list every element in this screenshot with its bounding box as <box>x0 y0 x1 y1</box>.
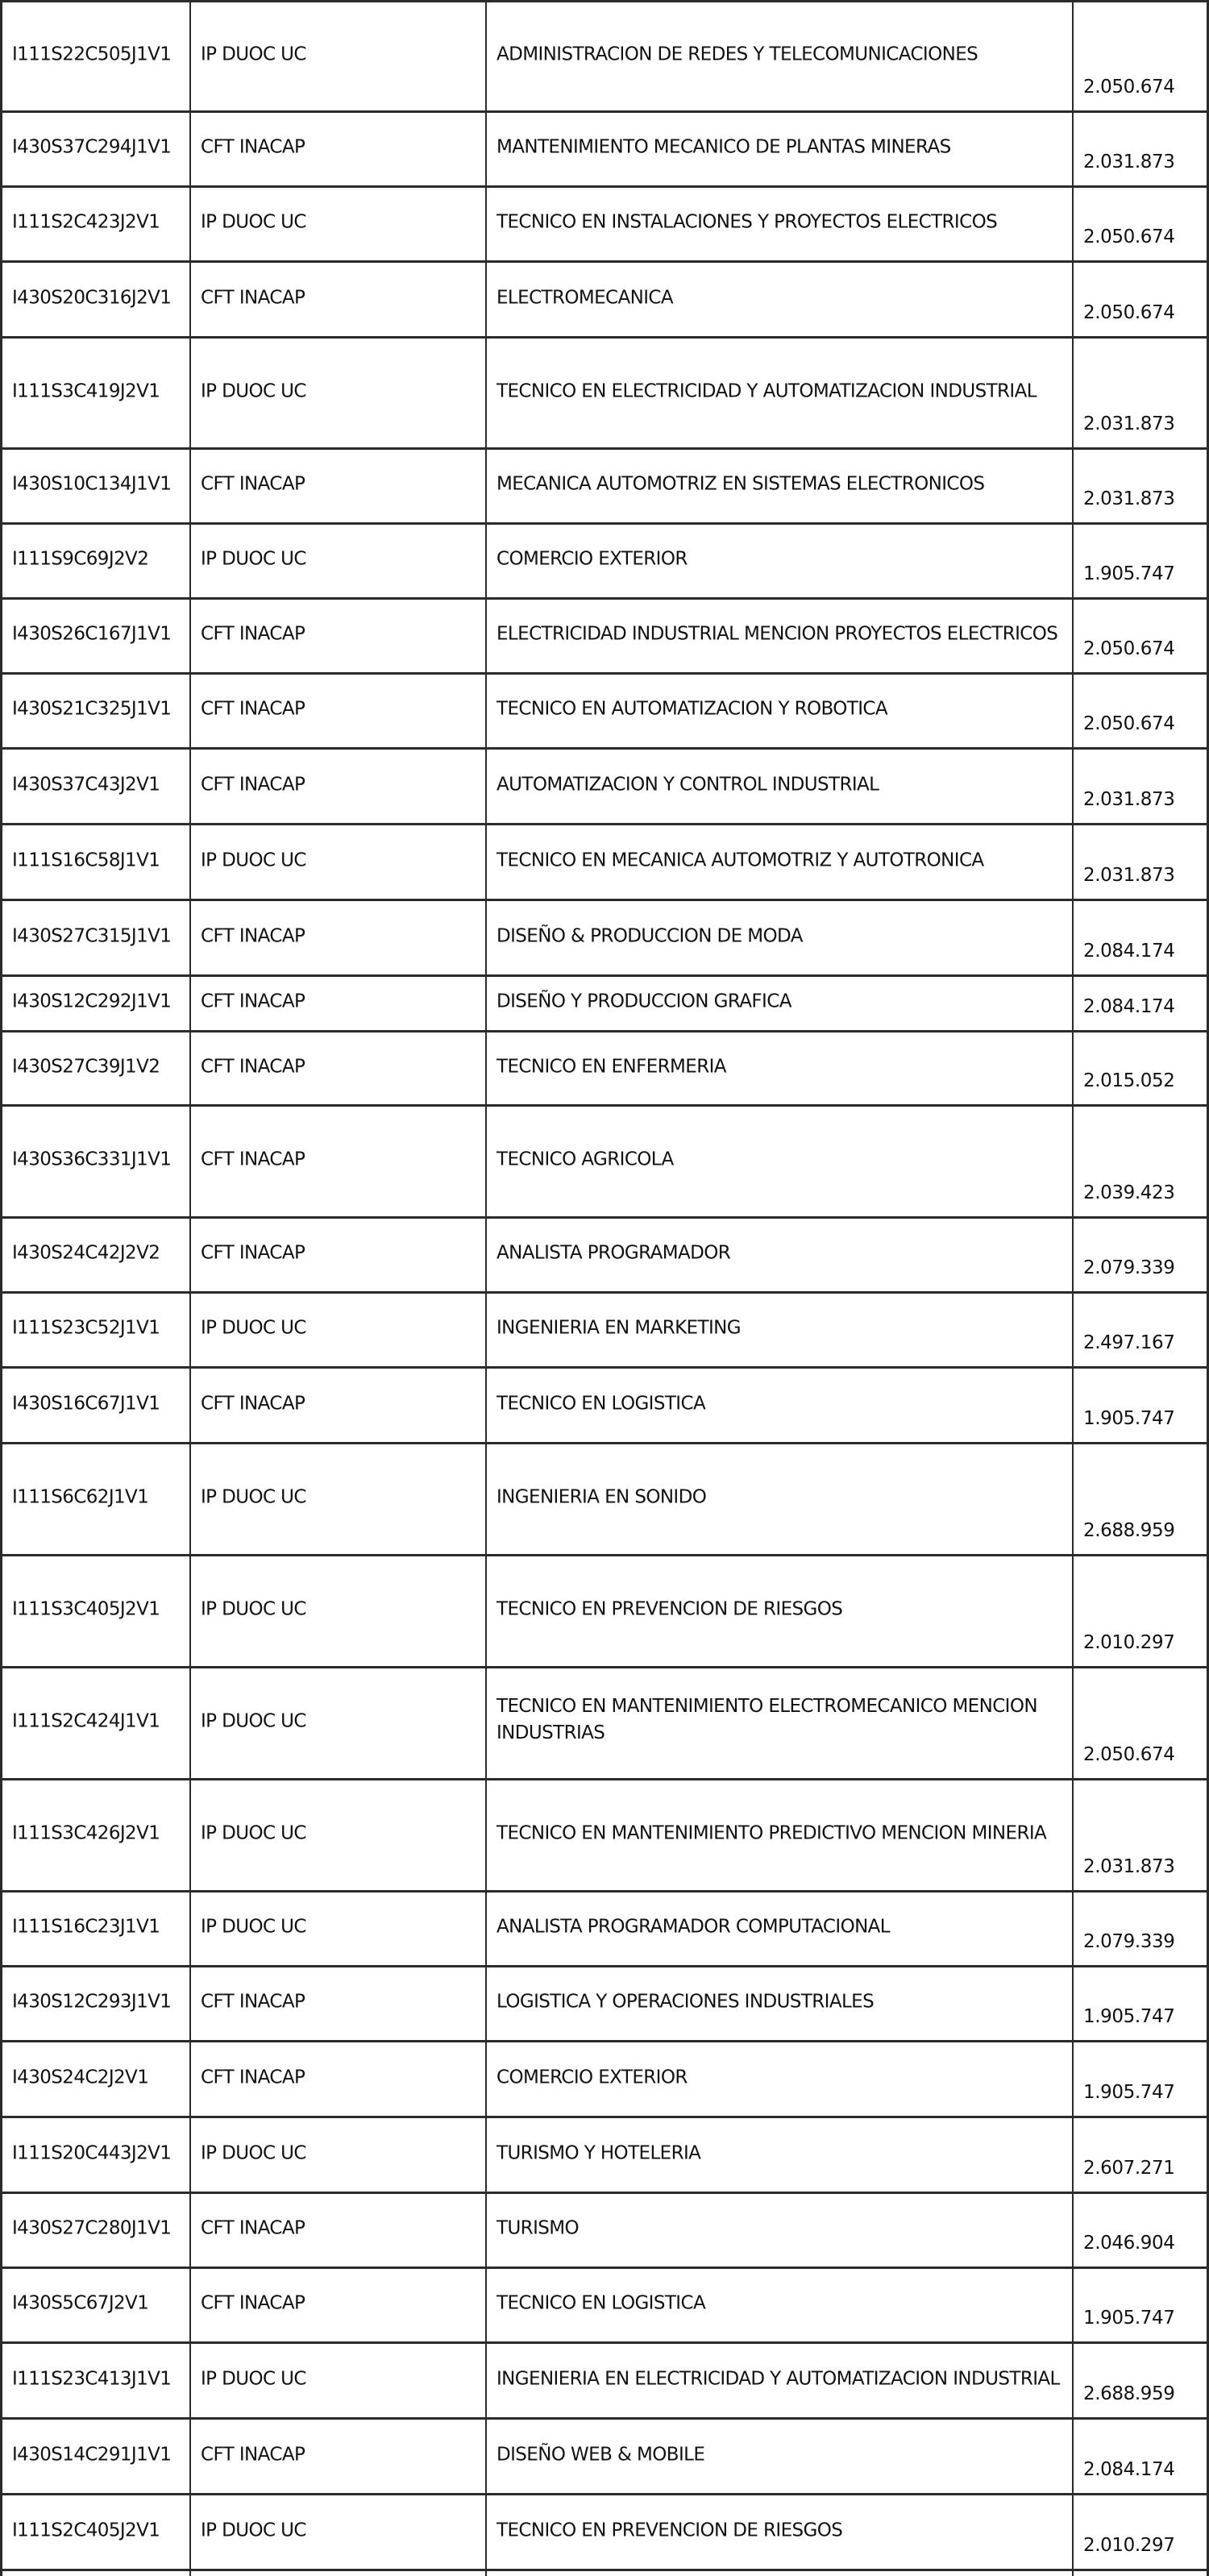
cell-program: TURISMO Y HOTELERIA <box>485 2118 1072 2192</box>
table-row: I111S16C58J1V1IP DUOC UCTECNICO EN MECAN… <box>0 823 1209 899</box>
cell-program: TECNICO EN ENFERMERIA <box>485 1032 1072 1104</box>
table-row: I430S20C316J2V1CFT INACAPELECTROMECANICA… <box>0 260 1209 336</box>
cell-code-text: I111S2C423J2V1 <box>12 210 185 236</box>
cell-institution: IP DUOC UC <box>189 2344 485 2417</box>
cell-institution: CFT INACAP <box>189 901 485 974</box>
cell-code-text: I430S27C315J1V1 <box>12 923 185 949</box>
cell-code: I430S14C291J1V1 <box>0 2420 189 2493</box>
cell-code: I430S21C325J1V1 <box>0 675 189 747</box>
cell-amount-text: 2.031.873 <box>1083 149 1202 176</box>
cell-code: I430S37C294J1V1 <box>0 113 189 185</box>
table-row: I111S9C69J2V2IP DUOC UCCOMERCIO EXTERIOR… <box>0 522 1209 597</box>
cell-program-text: COMERCIO EXTERIOR <box>496 546 1067 573</box>
cell-institution-text: IP DUOC UC <box>201 1821 480 1847</box>
cell-amount: 2.688.959 <box>1072 1444 1209 1554</box>
cell-program-text: ELECTROMECANICA <box>496 285 1067 311</box>
cell-amount-text: 2.015.052 <box>1083 1068 1202 1095</box>
cell-amount-text: 2.031.873 <box>1083 486 1202 513</box>
cell-institution-text: CFT INACAP <box>201 2441 480 2468</box>
table-row: I430S24C42J2V2CFT INACAPANALISTA PROGRAM… <box>0 1216 1209 1291</box>
cell-amount: 2.050.674 <box>1072 188 1209 260</box>
cell-amount-text: 2.046.904 <box>1083 2230 1202 2257</box>
cell-institution-text: CFT INACAP <box>201 696 480 723</box>
cell-amount: 2.084.174 <box>1072 977 1209 1030</box>
cell-program-text: DISEÑO & PRODUCCION DE MODA <box>496 923 1067 949</box>
table-row: I430S27C280J1V1CFT INACAPTURISMO2.046.90… <box>0 2192 1209 2266</box>
cell-code: I111S16C58J1V1 <box>0 825 189 899</box>
cell-program-text: ANALISTA PROGRAMADOR <box>496 1240 1067 1267</box>
cell-code: I111S23C413J1V1 <box>0 2344 189 2417</box>
cell-amount-text: 1.905.747 <box>1083 561 1202 588</box>
cell-code: I111S2C423J2V1 <box>0 188 189 260</box>
cell-institution: CFT INACAP <box>189 2269 485 2341</box>
cell-institution: CFT INACAP <box>189 2420 485 2493</box>
cell-code-text: I430S21C325J1V1 <box>12 696 185 723</box>
cell-code-text: I430S16C67J1V1 <box>12 1390 185 1417</box>
cell-institution-text: IP DUOC UC <box>201 378 480 405</box>
cell-institution-text: IP DUOC UC <box>201 1709 480 1735</box>
cell-amount-text: 2.079.339 <box>1083 1929 1202 1955</box>
table-row: I111S6C62J1V1IP DUOC UCINGENIERIA EN SON… <box>0 1442 1209 1554</box>
cell-institution-text: IP DUOC UC <box>201 1597 480 1623</box>
cell-code: I111S3C419J2V1 <box>0 339 189 447</box>
cell-institution: IP DUOC UC <box>189 1294 485 1366</box>
cell-code: I430S16C67J1V1 <box>0 1369 189 1442</box>
cell-code-text: I111S20C443J2V1 <box>12 2140 185 2167</box>
cell-program: ADMINISTRACION DE REDES Y TELECOMUNICACI… <box>485 2 1072 110</box>
cell-program: TECNICO EN PREVENCION DE RIESGOS <box>485 2495 1072 2569</box>
cell-program: COMERCIO EXTERIOR <box>485 525 1072 597</box>
cell-program: DISEÑO Y PRODUCCION GRAFICA <box>485 977 1072 1030</box>
table-row: I430S5C67J2V1CFT INACAPTECNICO EN LOGIST… <box>0 2266 1209 2341</box>
cell-code-text: I430S24C42J2V2 <box>12 1240 185 1267</box>
cell-institution: IP DUOC UC <box>189 188 485 260</box>
cell-institution-empty <box>189 2571 485 2576</box>
cell-amount-text: 2.050.674 <box>1083 300 1202 326</box>
cell-code-text: I111S16C58J1V1 <box>12 847 185 874</box>
cell-program-text: TECNICO AGRICOLA <box>496 1147 1067 1174</box>
table-row: I111S3C405J2V1IP DUOC UCTECNICO EN PREVE… <box>0 1554 1209 1666</box>
cell-institution: IP DUOC UC <box>189 339 485 447</box>
cell-program-text: MANTENIMIENTO MECANICO DE PLANTAS MINERA… <box>496 135 1067 161</box>
cell-institution-text: IP DUOC UC <box>201 2366 480 2392</box>
cell-code: I430S37C43J2V1 <box>0 750 189 823</box>
cell-program: INGENIERIA EN SONIDO <box>485 1444 1072 1554</box>
table-row: I111S16C23J1V1IP DUOC UCANALISTA PROGRAM… <box>0 1890 1209 1965</box>
cell-amount-text: 2.607.271 <box>1083 2155 1202 2182</box>
cell-institution: CFT INACAP <box>189 1219 485 1291</box>
cell-code: I111S2C424J1V1 <box>0 1668 189 1778</box>
table-row: I111S20C443J2V1IP DUOC UCTURISMO Y HOTEL… <box>0 2116 1209 2192</box>
cell-code: I430S24C42J2V2 <box>0 1219 189 1291</box>
cell-program: COMERCIO EXTERIOR <box>485 2042 1072 2116</box>
cell-program-text: TURISMO Y HOTELERIA <box>496 2140 1067 2167</box>
cell-institution: CFT INACAP <box>189 675 485 747</box>
table-row: I430S27C39J1V2CFT INACAPTECNICO EN ENFER… <box>0 1030 1209 1104</box>
table-row: I111S3C419J2V1IP DUOC UCTECNICO EN ELECT… <box>0 336 1209 447</box>
cell-code-text: I430S36C331J1V1 <box>12 1147 185 1174</box>
cell-institution-text: IP DUOC UC <box>201 2140 480 2167</box>
cell-institution: CFT INACAP <box>189 450 485 522</box>
cell-amount: 1.905.747 <box>1072 1967 1209 2040</box>
cell-program: TECNICO EN LOGISTICA <box>485 1369 1072 1442</box>
cell-program-text: TECNICO EN AUTOMATIZACION Y ROBOTICA <box>496 696 1067 723</box>
cell-code-empty <box>0 2571 189 2576</box>
cell-code-text: I111S3C426J2V1 <box>12 1821 185 1847</box>
cell-amount: 2.010.297 <box>1072 2495 1209 2569</box>
cell-amount-text: 2.050.674 <box>1083 636 1202 663</box>
cell-amount: 2.050.674 <box>1072 263 1209 336</box>
cell-institution: IP DUOC UC <box>189 1668 485 1778</box>
cell-institution-text: IP DUOC UC <box>201 546 480 573</box>
cell-code-text: I430S24C2J2V1 <box>12 2064 185 2091</box>
cell-institution: CFT INACAP <box>189 113 485 185</box>
cell-program: TECNICO EN MANTENIMIENTO PREDICTIVO MENC… <box>485 1780 1072 1890</box>
cell-code: I111S2C405J2V1 <box>0 2495 189 2569</box>
cell-amount: 2.497.167 <box>1072 1294 1209 1366</box>
cell-code: I111S3C426J2V1 <box>0 1780 189 1890</box>
cell-institution-text: CFT INACAP <box>201 1240 480 1267</box>
cell-amount-text: 1.905.747 <box>1083 2004 1202 2030</box>
cell-amount: 2.031.873 <box>1072 113 1209 185</box>
cell-code-text: I111S16C23J1V1 <box>12 1914 185 1941</box>
cell-code-text: I430S5C67J2V1 <box>12 2291 185 2317</box>
cell-code: I430S10C134J1V1 <box>0 450 189 522</box>
cell-program-text: DISEÑO WEB & MOBILE <box>496 2441 1067 2468</box>
cell-amount-text: 2.031.873 <box>1083 1854 1202 1880</box>
cell-amount: 2.046.904 <box>1072 2194 1209 2266</box>
cell-code: I430S24C2J2V1 <box>0 2042 189 2116</box>
cell-code-text: I111S9C69J2V2 <box>12 546 185 573</box>
cell-program-text: TECNICO EN INSTALACIONES Y PROYECTOS ELE… <box>496 210 1067 236</box>
cell-amount: 2.031.873 <box>1072 750 1209 823</box>
cell-program-text: INGENIERIA EN SONIDO <box>496 1485 1067 1511</box>
cell-program-text: DISEÑO Y PRODUCCION GRAFICA <box>496 989 1067 1016</box>
cell-amount: 2.050.674 <box>1072 675 1209 747</box>
cell-amount: 2.079.339 <box>1072 1893 1209 1965</box>
cell-institution: IP DUOC UC <box>189 1556 485 1666</box>
cell-code: I111S6C62J1V1 <box>0 1444 189 1554</box>
table-row: I111S2C424J1V1IP DUOC UCTECNICO EN MANTE… <box>0 1666 1209 1778</box>
cell-amount: 2.050.674 <box>1072 1668 1209 1778</box>
cell-code: I430S27C280J1V1 <box>0 2194 189 2266</box>
cell-amount: 2.031.873 <box>1072 450 1209 522</box>
cell-amount: 2.050.674 <box>1072 2 1209 110</box>
table-row: I430S36C331J1V1CFT INACAPTECNICO AGRICOL… <box>0 1104 1209 1216</box>
cell-program-text: INGENIERIA EN MARKETING <box>496 1315 1067 1342</box>
cell-institution: CFT INACAP <box>189 263 485 336</box>
cell-amount-text: 1.905.747 <box>1083 2305 1202 2332</box>
cell-institution: IP DUOC UC <box>189 525 485 597</box>
cell-program-text: LOGISTICA Y OPERACIONES INDUSTRIALES <box>496 1989 1067 2016</box>
cell-institution: CFT INACAP <box>189 977 485 1030</box>
table-row: I430S16C67J1V1CFT INACAPTECNICO EN LOGIS… <box>0 1366 1209 1442</box>
cell-program: INGENIERIA EN MARKETING <box>485 1294 1072 1366</box>
table-row: I430S12C293J1V1CFT INACAPLOGISTICA Y OPE… <box>0 1965 1209 2040</box>
cell-code: I430S27C39J1V2 <box>0 1032 189 1104</box>
table-row: I111S23C413J1V1IP DUOC UCINGENIERIA EN E… <box>0 2341 1209 2417</box>
cell-amount-text: 2.039.423 <box>1083 1180 1202 1207</box>
cell-program: TECNICO EN LOGISTICA <box>485 2269 1072 2341</box>
cell-amount-text: 1.905.747 <box>1083 2079 1202 2106</box>
cell-institution: CFT INACAP <box>189 2194 485 2266</box>
cell-program: TECNICO EN INSTALACIONES Y PROYECTOS ELE… <box>485 188 1072 260</box>
cell-institution-text: IP DUOC UC <box>201 1485 480 1511</box>
cell-program-text: TECNICO EN LOGISTICA <box>496 2291 1067 2317</box>
cell-code: I430S20C316J2V1 <box>0 263 189 336</box>
cell-program: LOGISTICA Y OPERACIONES INDUSTRIALES <box>485 1967 1072 2040</box>
cell-amount: 2.031.873 <box>1072 339 1209 447</box>
cell-code: I430S12C292J1V1 <box>0 977 189 1030</box>
cell-amount-empty <box>1072 2571 1209 2576</box>
cell-program-text: TECNICO EN MECANICA AUTOMOTRIZ Y AUTOTRO… <box>496 847 1067 874</box>
cell-amount: 1.905.747 <box>1072 1369 1209 1442</box>
cell-code-text: I111S23C413J1V1 <box>12 2366 185 2392</box>
table-row: I430S27C315J1V1CFT INACAPDISEÑO & PRODUC… <box>0 899 1209 974</box>
cell-program-text: COMERCIO EXTERIOR <box>496 2064 1067 2091</box>
cell-amount-text: 2.497.167 <box>1083 1330 1202 1357</box>
cell-institution-text: IP DUOC UC <box>201 1315 480 1342</box>
cell-program-text: TECNICO EN MANTENIMIENTO ELECTROMECANICO… <box>496 1693 1067 1747</box>
cell-institution: CFT INACAP <box>189 1032 485 1104</box>
table-row: I430S12C292J1V1CFT INACAPDISEÑO Y PRODUC… <box>0 974 1209 1030</box>
cell-amount-text: 2.084.174 <box>1083 994 1202 1020</box>
table-row: I430S10C134J1V1CFT INACAPMECANICA AUTOMO… <box>0 447 1209 522</box>
cell-institution-text: IP DUOC UC <box>201 1914 480 1941</box>
cell-code-text: I111S6C62J1V1 <box>12 1485 185 1511</box>
cell-institution-text: IP DUOC UC <box>201 847 480 874</box>
cell-code-text: I111S2C424J1V1 <box>12 1709 185 1735</box>
cell-program: TECNICO EN ELECTRICIDAD Y AUTOMATIZACION… <box>485 339 1072 447</box>
cell-institution-text: CFT INACAP <box>201 1390 480 1417</box>
cell-program-text: INGENIERIA EN ELECTRICIDAD Y AUTOMATIZAC… <box>496 2366 1067 2392</box>
table-row: I430S14C291J1V1CFT INACAPDISEÑO WEB & MO… <box>0 2417 1209 2493</box>
cell-program-text: TECNICO EN PREVENCION DE RIESGOS <box>496 1597 1067 1623</box>
cell-institution-text: CFT INACAP <box>201 2216 480 2242</box>
cell-code-text: I111S23C52J1V1 <box>12 1315 185 1342</box>
cell-institution-text: CFT INACAP <box>201 1147 480 1174</box>
cell-amount-text: 2.010.297 <box>1083 1630 1202 1656</box>
cell-program-text: ADMINISTRACION DE REDES Y TELECOMUNICACI… <box>496 42 1067 69</box>
cell-program-text: AUTOMATIZACION Y CONTROL INDUSTRIAL <box>496 771 1067 798</box>
cell-amount-text: 2.084.174 <box>1083 938 1202 965</box>
cell-code: I111S9C69J2V2 <box>0 525 189 597</box>
cell-amount: 2.015.052 <box>1072 1032 1209 1104</box>
cell-amount-text: 2.050.674 <box>1083 74 1202 101</box>
cell-institution-text: CFT INACAP <box>201 2291 480 2317</box>
cell-institution-text: CFT INACAP <box>201 472 480 498</box>
table-row: I111S2C405J2V1IP DUOC UCTECNICO EN PREVE… <box>0 2493 1209 2569</box>
cell-program-text: ANALISTA PROGRAMADOR COMPUTACIONAL <box>496 1914 1067 1941</box>
cell-amount-text: 2.031.873 <box>1083 411 1202 438</box>
table-row: I111S22C505J1V1IP DUOC UCADMINISTRACION … <box>0 0 1209 110</box>
cell-code: I111S3C405J2V1 <box>0 1556 189 1666</box>
cell-program: ELECTROMECANICA <box>485 263 1072 336</box>
cell-code: I430S27C315J1V1 <box>0 901 189 974</box>
cell-institution: CFT INACAP <box>189 1107 485 1216</box>
cell-institution: CFT INACAP <box>189 1369 485 1442</box>
cell-institution-text: CFT INACAP <box>201 1053 480 1080</box>
cell-code: I430S26C167J1V1 <box>0 600 189 672</box>
cell-program: MANTENIMIENTO MECANICO DE PLANTAS MINERA… <box>485 113 1072 185</box>
cell-program: AUTOMATIZACION Y CONTROL INDUSTRIAL <box>485 750 1072 823</box>
cell-code-text: I430S27C39J1V2 <box>12 1053 185 1080</box>
cell-program: ANALISTA PROGRAMADOR COMPUTACIONAL <box>485 1893 1072 1965</box>
cell-institution-text: CFT INACAP <box>201 771 480 798</box>
table-row: I111S23C52J1V1IP DUOC UCINGENIERIA EN MA… <box>0 1291 1209 1366</box>
cell-amount: 2.084.174 <box>1072 2420 1209 2493</box>
cell-program-text: TECNICO EN PREVENCION DE RIESGOS <box>496 2517 1067 2544</box>
cell-amount-text: 2.050.674 <box>1083 224 1202 251</box>
cell-code: I111S22C505J1V1 <box>0 2 189 110</box>
cell-amount-text: 2.688.959 <box>1083 2381 1202 2408</box>
cell-amount: 2.079.339 <box>1072 1219 1209 1291</box>
cell-code-text: I430S27C280J1V1 <box>12 2216 185 2242</box>
cell-program: TURISMO <box>485 2194 1072 2266</box>
cell-amount-text: 2.050.674 <box>1083 711 1202 737</box>
cell-program: TECNICO AGRICOLA <box>485 1107 1072 1216</box>
table-row: I111S2C423J2V1IP DUOC UCTECNICO EN INSTA… <box>0 185 1209 260</box>
cell-institution-text: CFT INACAP <box>201 2064 480 2091</box>
cell-program-text: TURISMO <box>496 2216 1067 2242</box>
cell-code-text: I430S12C292J1V1 <box>12 989 185 1016</box>
cell-program-text: TECNICO EN LOGISTICA <box>496 1390 1067 1417</box>
cell-program: TECNICO EN PREVENCION DE RIESGOS <box>485 1556 1072 1666</box>
cell-code: I430S5C67J2V1 <box>0 2269 189 2341</box>
cell-amount: 1.905.747 <box>1072 525 1209 597</box>
cell-institution-text: CFT INACAP <box>201 923 480 949</box>
cell-institution: IP DUOC UC <box>189 2118 485 2192</box>
cell-institution: IP DUOC UC <box>189 2495 485 2569</box>
cell-amount: 1.905.747 <box>1072 2042 1209 2116</box>
cell-institution-text: IP DUOC UC <box>201 42 480 69</box>
cell-code-text: I111S3C405J2V1 <box>12 1597 185 1623</box>
cell-amount-text: 2.010.297 <box>1083 2532 1202 2559</box>
cell-program: INGENIERIA EN ELECTRICIDAD Y AUTOMATIZAC… <box>485 2344 1072 2417</box>
table-row: I430S24C2J2V1CFT INACAPCOMERCIO EXTERIOR… <box>0 2040 1209 2116</box>
table-row: I430S37C294J1V1CFT INACAPMANTENIMIENTO M… <box>0 110 1209 185</box>
cell-institution-text: CFT INACAP <box>201 989 480 1016</box>
cell-institution-text: IP DUOC UC <box>201 2517 480 2544</box>
cell-institution: IP DUOC UC <box>189 1780 485 1890</box>
cell-amount: 2.050.674 <box>1072 600 1209 672</box>
cell-code-text: I430S10C134J1V1 <box>12 472 185 498</box>
cell-program-text: MECANICA AUTOMOTRIZ EN SISTEMAS ELECTRON… <box>496 472 1067 498</box>
table-row: I430S26C167J1V1CFT INACAPELECTRICIDAD IN… <box>0 597 1209 672</box>
cell-amount-text: 2.688.959 <box>1083 1518 1202 1544</box>
cell-amount-text: 1.905.747 <box>1083 1406 1202 1432</box>
cell-amount: 2.039.423 <box>1072 1107 1209 1216</box>
cell-code: I430S12C293J1V1 <box>0 1967 189 2040</box>
cell-amount-text: 2.031.873 <box>1083 787 1202 813</box>
cell-code-text: I111S2C405J2V1 <box>12 2517 185 2544</box>
cell-program: DISEÑO WEB & MOBILE <box>485 2420 1072 2493</box>
cell-amount: 1.905.747 <box>1072 2269 1209 2341</box>
cell-institution-text: CFT INACAP <box>201 1989 480 2016</box>
cell-code: I111S20C443J2V1 <box>0 2118 189 2192</box>
cell-amount: 2.031.873 <box>1072 1780 1209 1890</box>
cell-institution-text: IP DUOC UC <box>201 210 480 236</box>
cell-institution: CFT INACAP <box>189 750 485 823</box>
cell-program: ELECTRICIDAD INDUSTRIAL MENCION PROYECTO… <box>485 600 1072 672</box>
table-row: I430S37C43J2V1CFT INACAPAUTOMATIZACION Y… <box>0 747 1209 823</box>
cell-code: I430S36C331J1V1 <box>0 1107 189 1216</box>
cell-program: TECNICO EN MECANICA AUTOMOTRIZ Y AUTOTRO… <box>485 825 1072 899</box>
cell-amount-text: 2.084.174 <box>1083 2457 1202 2483</box>
cell-program-empty <box>485 2571 1072 2576</box>
cell-institution: CFT INACAP <box>189 1967 485 2040</box>
cell-institution-text: CFT INACAP <box>201 135 480 161</box>
cell-program: ANALISTA PROGRAMADOR <box>485 1219 1072 1291</box>
cell-code-text: I430S14C291J1V1 <box>12 2441 185 2468</box>
cell-program-text: ELECTRICIDAD INDUSTRIAL MENCION PROYECTO… <box>496 621 1067 648</box>
cell-institution: CFT INACAP <box>189 600 485 672</box>
cell-institution: IP DUOC UC <box>189 1893 485 1965</box>
cell-program-text: TECNICO EN ELECTRICIDAD Y AUTOMATIZACION… <box>496 378 1067 405</box>
cell-program-text: TECNICO EN MANTENIMIENTO PREDICTIVO MENC… <box>496 1821 1067 1847</box>
cell-amount: 2.607.271 <box>1072 2118 1209 2192</box>
cell-amount: 2.031.873 <box>1072 825 1209 899</box>
cell-code-text: I111S22C505J1V1 <box>12 42 185 69</box>
cell-code: I111S16C23J1V1 <box>0 1893 189 1965</box>
table-row: I111S3C426J2V1IP DUOC UCTECNICO EN MANTE… <box>0 1778 1209 1890</box>
table-row-partial <box>0 2569 1209 2576</box>
cell-institution: CFT INACAP <box>189 2042 485 2116</box>
cell-program: MECANICA AUTOMOTRIZ EN SISTEMAS ELECTRON… <box>485 450 1072 522</box>
cell-code-text: I430S12C293J1V1 <box>12 1989 185 2016</box>
cell-institution: IP DUOC UC <box>189 2 485 110</box>
cell-code-text: I430S37C294J1V1 <box>12 135 185 161</box>
cell-code-text: I430S20C316J2V1 <box>12 285 185 311</box>
cell-amount-text: 2.031.873 <box>1083 862 1202 889</box>
cell-amount: 2.010.297 <box>1072 1556 1209 1666</box>
cell-amount-text: 2.079.339 <box>1083 1255 1202 1282</box>
cell-program: DISEÑO & PRODUCCION DE MODA <box>485 901 1072 974</box>
cell-program: TECNICO EN MANTENIMIENTO ELECTROMECANICO… <box>485 1668 1072 1778</box>
cell-institution-text: CFT INACAP <box>201 285 480 311</box>
table-row: I430S21C325J1V1CFT INACAPTECNICO EN AUTO… <box>0 672 1209 747</box>
cell-institution: IP DUOC UC <box>189 825 485 899</box>
cell-program: TECNICO EN AUTOMATIZACION Y ROBOTICA <box>485 675 1072 747</box>
cell-program-text: TECNICO EN ENFERMERIA <box>496 1053 1067 1080</box>
cell-institution: IP DUOC UC <box>189 1444 485 1554</box>
cell-code-text: I430S37C43J2V1 <box>12 771 185 798</box>
cell-amount-text: 2.050.674 <box>1083 1742 1202 1768</box>
cell-code: I111S23C52J1V1 <box>0 1294 189 1366</box>
cell-code-text: I111S3C419J2V1 <box>12 378 185 405</box>
cell-amount: 2.688.959 <box>1072 2344 1209 2417</box>
cell-amount: 2.084.174 <box>1072 901 1209 974</box>
cell-code-text: I430S26C167J1V1 <box>12 621 185 648</box>
cell-institution-text: CFT INACAP <box>201 621 480 648</box>
